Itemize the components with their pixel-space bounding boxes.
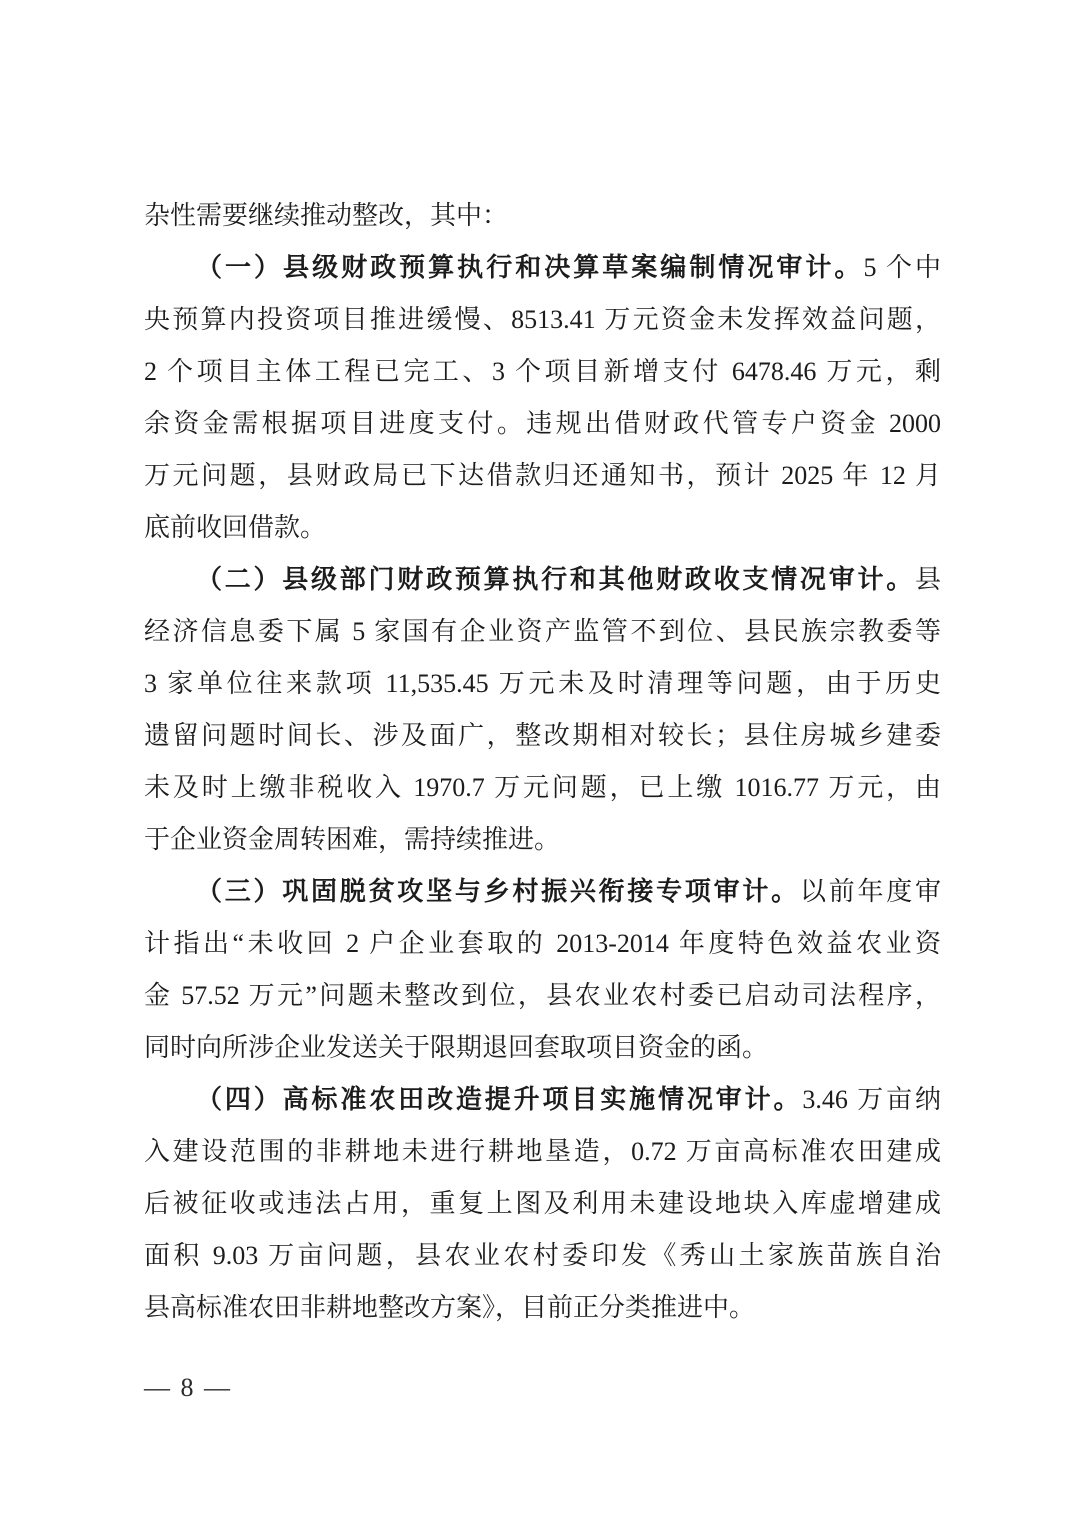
section-heading-text: （二）县级部门财政预算执行和其他财政收支情况审计。 bbox=[196, 565, 915, 594]
body-text: 县高标准农田非耕地整改方案》，目前正分类推进中。 bbox=[144, 1293, 755, 1322]
text-line: 计指出“未收回 2 户企业套取的 2013-2014 年度特色效益农业资 bbox=[144, 918, 941, 970]
text-line: 未及时上缴非税收入 1970.7 万元问题，已上缴 1016.77 万元，由 bbox=[144, 762, 941, 814]
body-text: 经济信息委下属 5 家国有企业资产监管不到位、县民族宗教委等 bbox=[144, 617, 941, 646]
text-line: 同时向所涉企业发送关于限期退回套取项目资金的函。 bbox=[144, 1022, 941, 1074]
document-body: 杂性需要继续推动整改，其中：（一）县级财政预算执行和决算草案编制情况审计。5 个… bbox=[144, 190, 941, 1334]
text-line: 杂性需要继续推动整改，其中： bbox=[144, 190, 941, 242]
text-line: 经济信息委下属 5 家国有企业资产监管不到位、县民族宗教委等 bbox=[144, 606, 941, 658]
body-text: 于企业资金周转困难，需持续推进。 bbox=[144, 825, 560, 854]
text-line: 央预算内投资项目推进缓慢、8513.41 万元资金未发挥效益问题， bbox=[144, 294, 941, 346]
body-text: 底前收回借款。 bbox=[144, 513, 326, 542]
text-line: 后被征收或违法占用，重复上图及利用未建设地块入库虚增建成 bbox=[144, 1178, 941, 1230]
section-heading-text: （三）巩固脱贫攻坚与乡村振兴衔接专项审计。 bbox=[196, 877, 800, 906]
body-text: 2 个项目主体工程已完工、3 个项目新增支付 6478.46 万元，剩 bbox=[144, 357, 941, 386]
body-text: 县 bbox=[915, 565, 941, 594]
page-number: — 8 — bbox=[144, 1373, 232, 1402]
text-line: （四）高标准农田改造提升项目实施情况审计。3.46 万亩纳 bbox=[144, 1074, 941, 1126]
text-line: 2 个项目主体工程已完工、3 个项目新增支付 6478.46 万元，剩 bbox=[144, 346, 941, 398]
body-text: 入建设范围的非耕地未进行耕地垦造，0.72 万亩高标准农田建成 bbox=[144, 1137, 941, 1166]
text-line: 于企业资金周转困难，需持续推进。 bbox=[144, 814, 941, 866]
document-page: 杂性需要继续推动整改，其中：（一）县级财政预算执行和决算草案编制情况审计。5 个… bbox=[0, 0, 1074, 1520]
text-line: 遗留问题时间长、涉及面广，整改期相对较长；县住房城乡建委 bbox=[144, 710, 941, 762]
body-text: 后被征收或违法占用，重复上图及利用未建设地块入库虚增建成 bbox=[144, 1189, 941, 1218]
text-line: 面积 9.03 万亩问题，县农业农村委印发《秀山土家族苗族自治 bbox=[144, 1230, 941, 1282]
text-line: 入建设范围的非耕地未进行耕地垦造，0.72 万亩高标准农田建成 bbox=[144, 1126, 941, 1178]
text-line: （一）县级财政预算执行和决算草案编制情况审计。5 个中 bbox=[144, 242, 941, 294]
body-text: 以前年度审 bbox=[800, 877, 941, 906]
text-line: 万元问题，县财政局已下达借款归还通知书，预计 2025 年 12 月 bbox=[144, 450, 941, 502]
body-text: 杂性需要继续推动整改，其中： bbox=[144, 201, 508, 230]
body-text: 3 家单位往来款项 11,535.45 万元未及时清理等问题，由于历史 bbox=[144, 669, 941, 698]
body-text: 计指出“未收回 2 户企业套取的 2013-2014 年度特色效益农业资 bbox=[144, 929, 941, 958]
text-line: （三）巩固脱贫攻坚与乡村振兴衔接专项审计。以前年度审 bbox=[144, 866, 941, 918]
text-line: （二）县级部门财政预算执行和其他财政收支情况审计。县 bbox=[144, 554, 941, 606]
section-heading-text: （一）县级财政预算执行和决算草案编制情况审计。 bbox=[196, 253, 863, 282]
text-line: 底前收回借款。 bbox=[144, 502, 941, 554]
body-text: 央预算内投资项目推进缓慢、8513.41 万元资金未发挥效益问题， bbox=[144, 305, 941, 334]
text-line: 余资金需根据项目进度支付。违规出借财政代管专户资金 2000 bbox=[144, 398, 941, 450]
page-footer: — 8 — bbox=[144, 1368, 232, 1408]
body-text: 万元问题，县财政局已下达借款归还通知书，预计 2025 年 12 月 bbox=[144, 461, 941, 490]
body-text: 3.46 万亩纳 bbox=[802, 1085, 941, 1114]
body-text: 5 个中 bbox=[863, 253, 941, 282]
body-text: 金 57.52 万元”问题未整改到位，县农业农村委已启动司法程序， bbox=[144, 981, 941, 1010]
body-text: 面积 9.03 万亩问题，县农业农村委印发《秀山土家族苗族自治 bbox=[144, 1241, 941, 1270]
text-line: 3 家单位往来款项 11,535.45 万元未及时清理等问题，由于历史 bbox=[144, 658, 941, 710]
body-text: 同时向所涉企业发送关于限期退回套取项目资金的函。 bbox=[144, 1033, 768, 1062]
section-heading-text: （四）高标准农田改造提升项目实施情况审计。 bbox=[196, 1085, 802, 1114]
text-line: 金 57.52 万元”问题未整改到位，县农业农村委已启动司法程序， bbox=[144, 970, 941, 1022]
text-line: 县高标准农田非耕地整改方案》，目前正分类推进中。 bbox=[144, 1282, 941, 1334]
body-text: 遗留问题时间长、涉及面广，整改期相对较长；县住房城乡建委 bbox=[144, 721, 941, 750]
body-text: 余资金需根据项目进度支付。违规出借财政代管专户资金 2000 bbox=[144, 409, 941, 438]
body-text: 未及时上缴非税收入 1970.7 万元问题，已上缴 1016.77 万元，由 bbox=[144, 773, 941, 802]
